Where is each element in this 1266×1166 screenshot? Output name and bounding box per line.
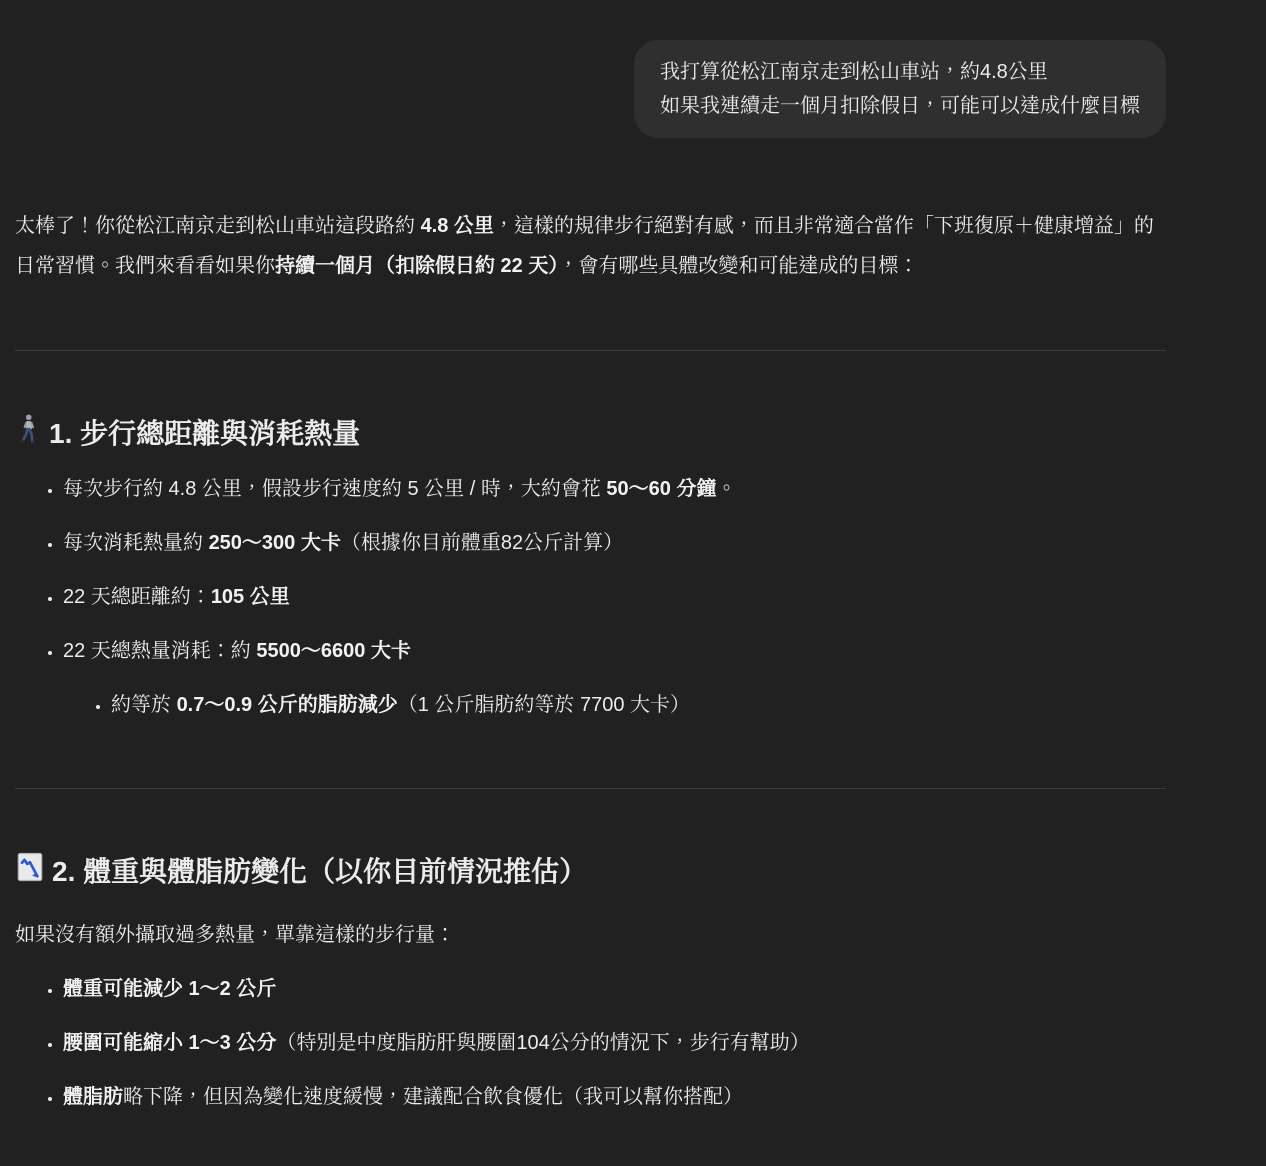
list-item: 22 天總熱量消耗：約 5500～6600 大卡 約等於 0.7～0.9 公斤的… <box>63 632 1166 724</box>
section-1-bullet-list: 每次步行約 4.8 公里，假設步行速度約 5 公里 / 時，大約會花 50～60… <box>15 470 1166 724</box>
list-item: 體脂肪略下降，但因為變化速度緩慢，建議配合飲食優化（我可以幫你搭配） <box>63 1078 1166 1116</box>
nested-bullet-list: 約等於 0.7～0.9 公斤的脂肪減少（1 公斤脂肪約等於 7700 大卡） <box>63 686 1166 724</box>
section-2-bullet-list: 體重可能減少 1～2 公斤 腰圍可能縮小 1～3 公分（特別是中度脂肪肝與腰圍1… <box>15 970 1166 1116</box>
assistant-message: 太棒了！你從松江南京走到松山車站這段路約 4.8 公里，這樣的規律步行絕對有感，… <box>15 206 1166 1116</box>
user-message-line: 如果我連續走一個月扣除假日，可能可以達成什麼目標 <box>660 89 1140 123</box>
list-item: 體重可能減少 1～2 公斤 <box>63 970 1166 1008</box>
section-divider <box>15 788 1166 789</box>
user-message-row: 我打算從松江南京走到松山車站，約4.8公里 如果我連續走一個月扣除假日，可能可以… <box>15 0 1166 138</box>
chart-decreasing-emoji <box>15 851 45 892</box>
list-item: 每次步行約 4.8 公里，假設步行速度約 5 公里 / 時，大約會花 50～60… <box>63 470 1166 508</box>
chat-thread: 我打算從松江南京走到松山車站，約4.8公里 如果我連續走一個月扣除假日，可能可以… <box>15 0 1166 1116</box>
list-item: 腰圍可能縮小 1～3 公分（特別是中度脂肪肝與腰圍104公分的情況下，步行有幫助… <box>63 1024 1166 1062</box>
user-message-bubble: 我打算從松江南京走到松山車站，約4.8公里 如果我連續走一個月扣除假日，可能可以… <box>634 40 1166 138</box>
list-item: 22 天總距離約：105 公里 <box>63 578 1166 616</box>
user-message-line: 我打算從松江南京走到松山車站，約4.8公里 <box>660 55 1140 89</box>
section-divider <box>15 350 1166 351</box>
section-title-text: 1. 步行總距離與消耗熱量 <box>49 416 360 452</box>
list-item-text: 22 天總熱量消耗：約 5500～6600 大卡 <box>63 640 411 662</box>
section-2-lead-paragraph: 如果沒有額外攝取過多熱量，單靠這樣的步行量： <box>15 916 1166 954</box>
section-1-heading: 1. 步行總距離與消耗熱量 <box>15 413 1166 454</box>
list-item: 每次消耗熱量約 250～300 大卡（根據你目前體重82公斤計算） <box>63 524 1166 562</box>
assistant-intro-paragraph: 太棒了！你從松江南京走到松山車站這段路約 4.8 公里，這樣的規律步行絕對有感，… <box>15 206 1166 286</box>
walking-person-emoji <box>15 413 42 454</box>
list-item: 約等於 0.7～0.9 公斤的脂肪減少（1 公斤脂肪約等於 7700 大卡） <box>111 686 1166 724</box>
section-title-text: 2. 體重與體脂肪變化（以你目前情況推估） <box>52 854 587 890</box>
section-2-heading: 2. 體重與體脂肪變化（以你目前情況推估） <box>15 851 1166 892</box>
